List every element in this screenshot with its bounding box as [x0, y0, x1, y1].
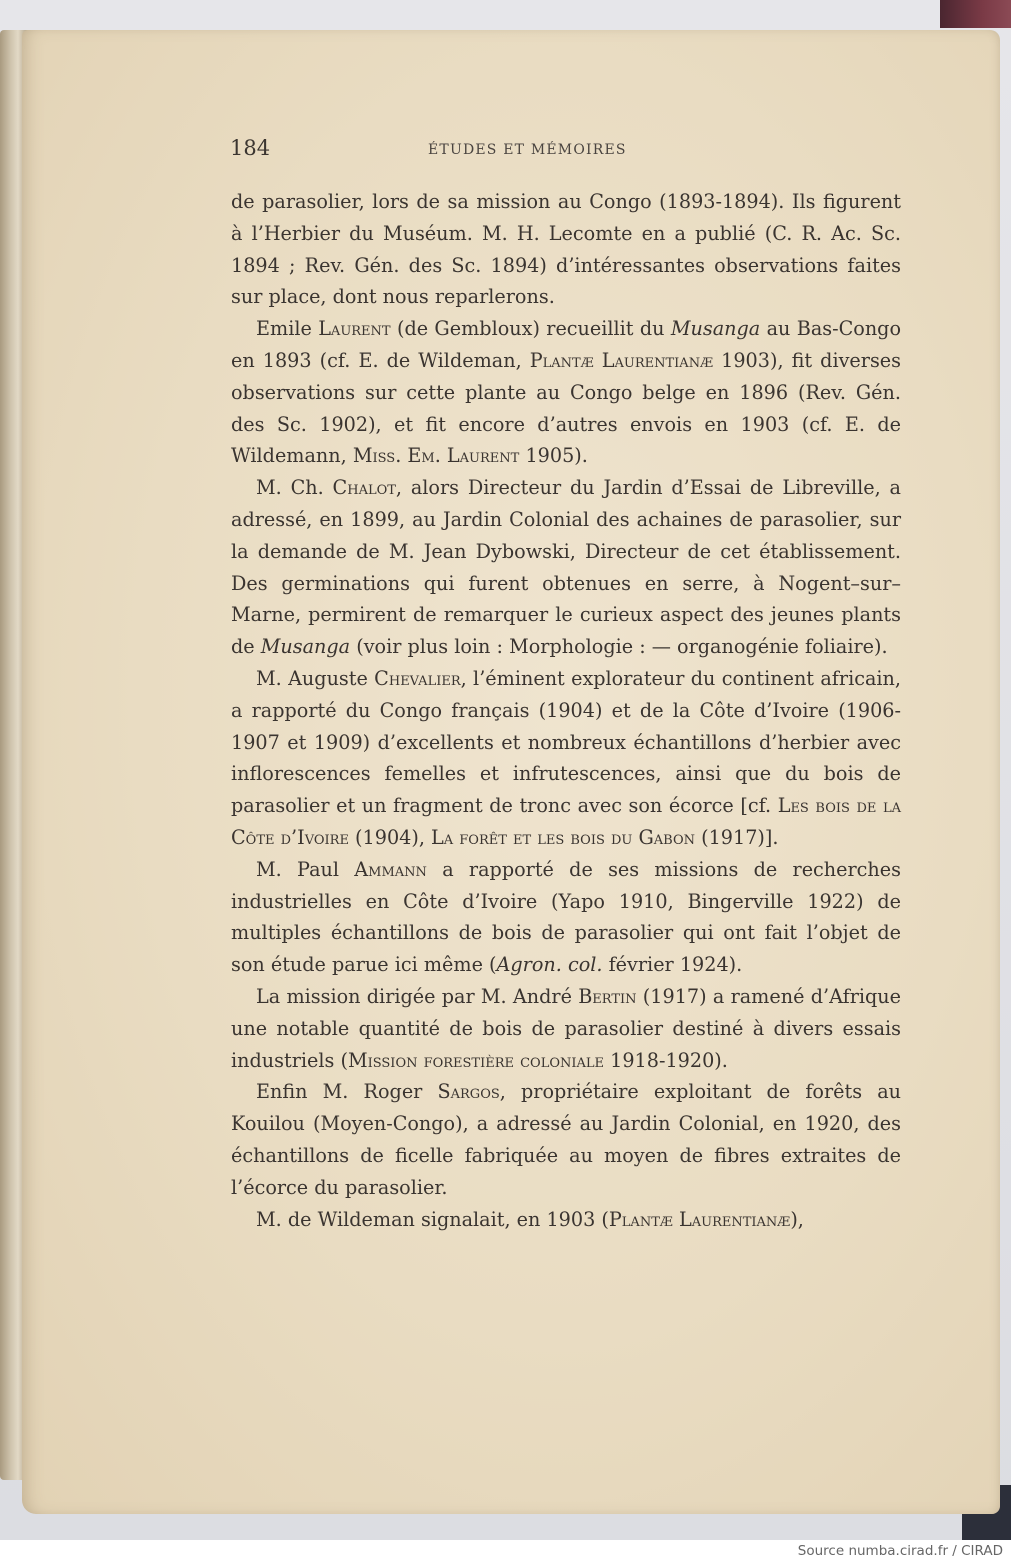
text-run: (1904),	[349, 826, 431, 849]
paragraph: Enfin M. Roger Sargos, propriétaire expl…	[231, 1076, 901, 1203]
small-caps-text: Plantæ Laurentianæ	[530, 349, 713, 372]
small-caps-text: Miss. Em. Laurent	[353, 444, 520, 467]
book-cover-corner-top	[940, 0, 1011, 28]
small-caps-text: Laurent	[318, 317, 390, 340]
paragraph: M. Auguste Chevalier, l’éminent explorat…	[231, 663, 901, 854]
text-run: M. de Wildeman signalait, en 1903 (	[256, 1208, 609, 1231]
italic-text: Musanga	[261, 635, 350, 658]
text-run: (de Gembloux) recueillit du	[391, 317, 671, 340]
text-run: ),	[790, 1208, 804, 1231]
small-caps-text: Bertin	[578, 985, 636, 1008]
text-run: (1917)].	[695, 826, 779, 849]
paragraph: M. Paul Ammann a rapporté de ses mission…	[231, 854, 901, 981]
paragraph: Emile Laurent (de Gembloux) recueillit d…	[231, 313, 901, 472]
body-text: de parasolier, lors de sa mission au Con…	[231, 186, 901, 1235]
paragraph: M. Ch. Chalot, alors Directeur du Jardin…	[231, 472, 901, 663]
small-caps-text: Chevalier	[374, 667, 460, 690]
text-run: La mission dirigée par M. André	[256, 985, 578, 1008]
source-credit: Source numba.cirad.fr / CIRAD	[798, 1543, 1003, 1559]
text-run: de parasolier, lors de sa mission au Con…	[231, 190, 901, 308]
running-header: 184 ÉTUDES ET MÉMOIRES	[230, 136, 900, 166]
small-caps-text: Chalot	[333, 476, 396, 499]
text-run: Enfin M. Roger	[256, 1080, 437, 1103]
small-caps-text: Sargos	[437, 1080, 499, 1103]
text-run: Emile	[256, 317, 318, 340]
paragraph: La mission dirigée par M. André Bertin (…	[231, 981, 901, 1076]
text-run: (voir plus loin : Morphologie : — organo…	[350, 635, 887, 658]
running-title: ÉTUDES ET MÉMOIRES	[428, 142, 627, 158]
text-run: M. Paul	[256, 858, 354, 881]
text-run: 1905).	[519, 444, 588, 467]
page-number: 184	[230, 136, 270, 160]
text-run: , alors Directeur du Jardin d’Essai de L…	[231, 476, 901, 658]
italic-text: Musanga	[671, 317, 760, 340]
paragraph: M. de Wildeman signalait, en 1903 (Plant…	[231, 1204, 901, 1236]
small-caps-text: Plantæ Laurentianæ	[609, 1208, 790, 1231]
text-run: M. Ch.	[256, 476, 333, 499]
text-run: février 1924).	[602, 953, 742, 976]
text-run: 1918-1920).	[604, 1049, 728, 1072]
italic-text: Agron. col.	[497, 953, 603, 976]
paragraph: de parasolier, lors de sa mission au Con…	[231, 186, 901, 313]
text-run: M. Auguste	[256, 667, 374, 690]
small-caps-text: La forêt et les bois du Gabon	[431, 826, 695, 849]
small-caps-text: Mission forestière coloniale	[348, 1049, 604, 1072]
small-caps-text: Ammann	[354, 858, 427, 881]
